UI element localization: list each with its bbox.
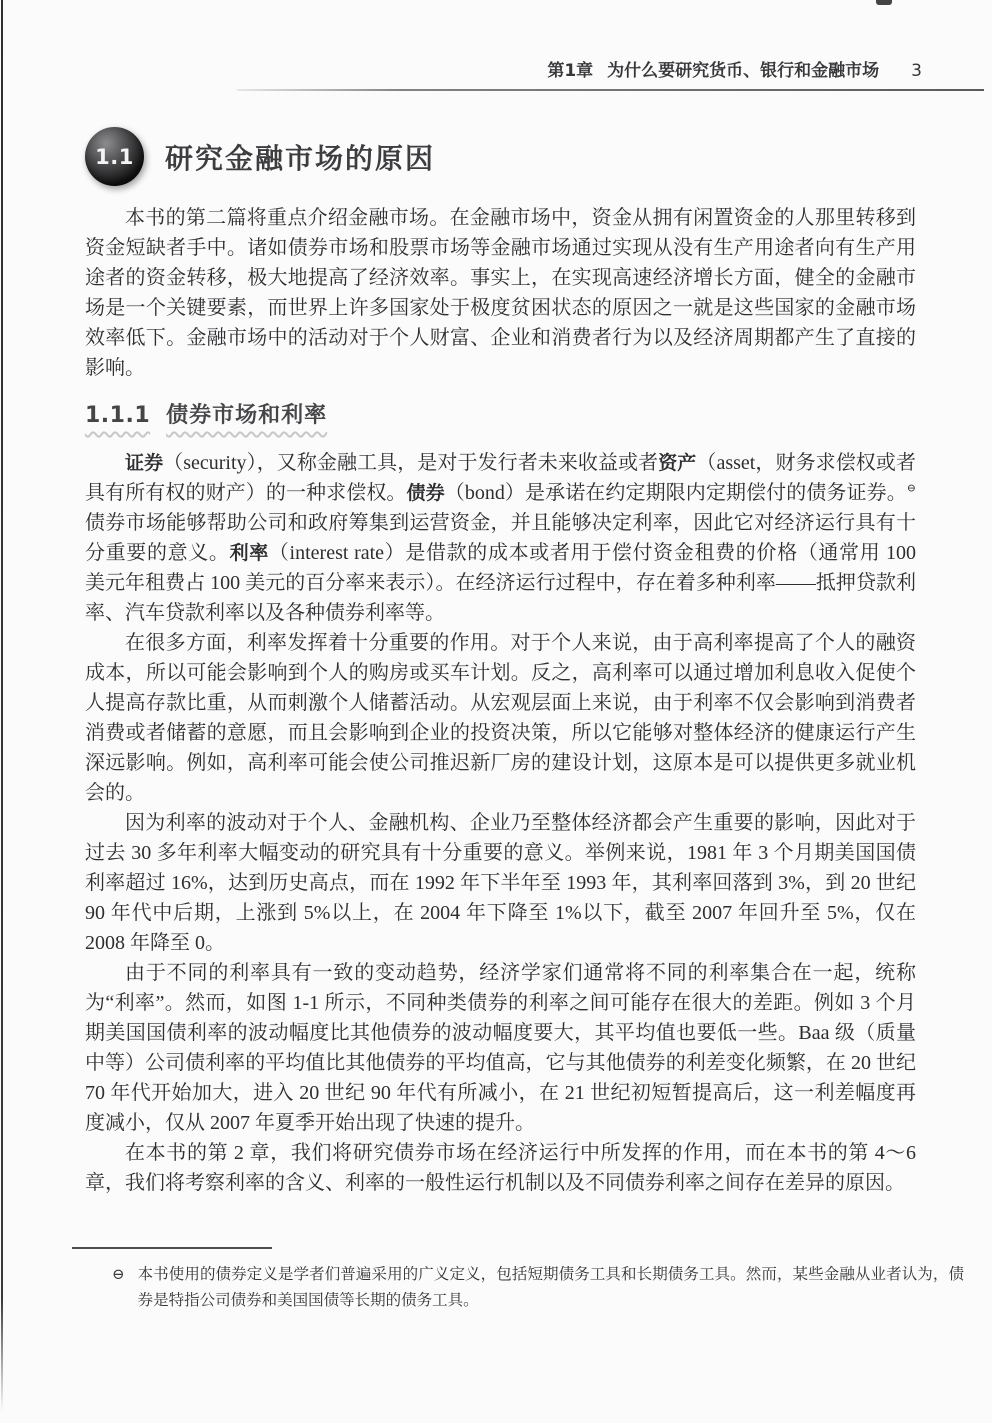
scan-corner-artifact xyxy=(876,0,892,5)
paragraph-securities: 证券（security），又称金融工具，是对于发行者未来收益或者资产（asset… xyxy=(85,448,916,628)
footnote-marker: ⊖ xyxy=(112,1262,125,1314)
section-number-badge: 1.1 xyxy=(85,127,144,186)
paragraph-rate-spread: 由于不同的利率具有一致的变动趋势，经济学家们通常将不同的利率集合在一起，统称为“… xyxy=(85,958,916,1138)
book-page: 第1章 为什么要研究货币、银行和金融市场 3 1.1 研究金融市场的原因 本书的… xyxy=(0,0,992,1423)
paragraph-interest-role: 在很多方面，利率发挥着十分重要的作用。对于个人来说，由于高利率提高了个人的融资成… xyxy=(85,628,916,808)
paragraph-chapter-preview: 在本书的第 2 章，我们将研究债券市场在经济运行中所发挥的作用，而在本书的第 4… xyxy=(85,1138,916,1198)
chapter-title: 为什么要研究货币、银行和金融市场 xyxy=(607,56,879,81)
chapter-label: 第1章 xyxy=(547,56,593,81)
header-divider xyxy=(237,89,984,91)
page-number: 3 xyxy=(911,61,922,81)
page-content: 1.1 研究金融市场的原因 本书的第二篇将重点介绍金融市场。在金融市场中，资金从… xyxy=(85,127,916,1198)
subsection-heading: 1.1.1债券市场和利率 xyxy=(85,398,916,435)
section-title: 研究金融市场的原因 xyxy=(165,137,435,177)
running-head: 第1章 为什么要研究货币、银行和金融市场 3 xyxy=(547,56,922,81)
paragraph-rate-history: 因为利率的波动对于个人、金融机构、企业乃至整体经济都会产生重要的影响，因此对于过… xyxy=(85,808,916,958)
footnote-text: 本书使用的债券定义是学者们普遍采用的广义定义，包括短期债务工具和长期债务工具。然… xyxy=(138,1262,964,1314)
subsection-number: 1.1.1 xyxy=(85,403,150,428)
section-heading: 1.1 研究金融市场的原因 xyxy=(85,127,916,186)
subsection-title: 债券市场和利率 xyxy=(166,403,327,428)
footnote: ⊖ 本书使用的债券定义是学者们普遍采用的广义定义，包括短期债务工具和长期债务工具… xyxy=(112,1262,964,1314)
footnote-divider xyxy=(72,1247,272,1249)
scan-edge-artifact xyxy=(1,0,3,1412)
body-text: 本书的第二篇将重点介绍金融市场。在金融市场中，资金从拥有闲置资金的人那里转移到资… xyxy=(85,203,916,1198)
paragraph-intro: 本书的第二篇将重点介绍金融市场。在金融市场中，资金从拥有闲置资金的人那里转移到资… xyxy=(85,203,916,383)
